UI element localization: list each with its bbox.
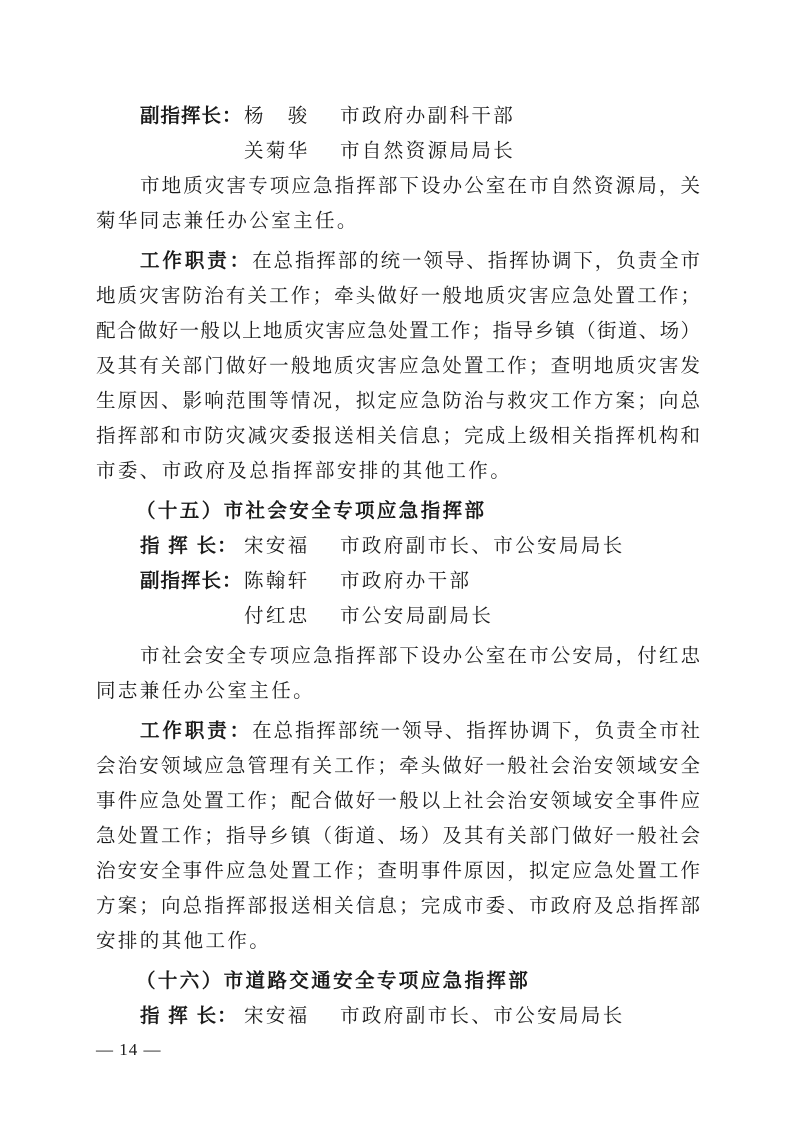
duty-line: 市委、市政府及总指挥部安排的其他工作。 bbox=[96, 453, 512, 488]
duty-line: 地质灾害防治有关工作；牵头做好一般地质灾害应急处置工作； bbox=[96, 278, 700, 313]
person-title: 市公安局副局长 bbox=[340, 604, 493, 627]
duty-label: 工作职责： bbox=[140, 719, 252, 742]
page-number: — 14 — bbox=[96, 1040, 162, 1060]
duty-line: 工作职责：在总指挥部统一领导、指挥协调下，负责全市社 bbox=[96, 713, 700, 748]
commander-row: 指 挥 长：宋安福市政府副市长、市公安局局长 bbox=[140, 528, 625, 563]
duty-text: 在总指挥部统一领导、指挥协调下，负责全市社 bbox=[252, 719, 700, 742]
office-line: 同志兼任办公室主任。 bbox=[96, 673, 315, 708]
duty-line: 工作职责：在总指挥部的统一领导、指挥协调下，负责全市 bbox=[96, 243, 700, 278]
section-heading: （十六）市道路交通安全专项应急指挥部 bbox=[136, 963, 530, 998]
commander-label: 指 挥 长： bbox=[140, 998, 244, 1033]
deputy-row: 副指挥长：杨 骏市政府办副科干部 bbox=[140, 98, 515, 133]
deputy-row: 副指挥长：陈翰轩市政府办干部 bbox=[140, 563, 471, 598]
person-title: 市政府副市长、市公安局局长 bbox=[340, 1004, 625, 1027]
duty-line: 治安安全事件应急处置工作；查明事件原因，拟定应急处置工作 bbox=[96, 853, 700, 888]
person-name: 宋安福 bbox=[244, 998, 340, 1033]
person-title: 市政府办干部 bbox=[340, 569, 471, 592]
office-line: 市社会安全专项应急指挥部下设办公室在市公安局，付红忠 bbox=[96, 638, 700, 673]
duty-line: 指挥部和市防灾减灾委报送相关信息；完成上级相关指挥机构和 bbox=[96, 418, 700, 453]
deputy-row: 关菊华市自然资源局局长 bbox=[244, 133, 515, 168]
person-title: 市政府副市长、市公安局局长 bbox=[340, 534, 625, 557]
person-name: 宋安福 bbox=[244, 528, 340, 563]
person-title: 市自然资源局局长 bbox=[340, 139, 515, 162]
duty-label: 工作职责： bbox=[140, 249, 252, 272]
duty-line: 安排的其他工作。 bbox=[96, 923, 271, 958]
deputy-label: 副指挥长： bbox=[140, 98, 244, 133]
duty-line: 及其有关部门做好一般地质灾害应急处置工作；查明地质灾害发 bbox=[96, 348, 700, 383]
office-line: 市地质灾害专项应急指挥部下设办公室在市自然资源局，关 bbox=[96, 168, 700, 203]
duty-line: 会治安领域应急管理有关工作；牵头做好一般社会治安领域安全 bbox=[96, 748, 700, 783]
commander-label: 指 挥 长： bbox=[140, 528, 244, 563]
duty-text: 在总指挥部的统一领导、指挥协调下，负责全市 bbox=[252, 249, 700, 272]
person-title: 市政府办副科干部 bbox=[340, 104, 515, 127]
person-name: 陈翰轩 bbox=[244, 563, 340, 598]
deputy-label: 副指挥长： bbox=[140, 563, 244, 598]
duty-line: 急处置工作；指导乡镇（街道、场）及其有关部门做好一般社会 bbox=[96, 818, 700, 853]
duty-line: 事件应急处置工作；配合做好一般以上社会治安领域安全事件应 bbox=[96, 783, 700, 818]
office-line: 菊华同志兼任办公室主任。 bbox=[96, 203, 359, 238]
commander-row: 指 挥 长：宋安福市政府副市长、市公安局局长 bbox=[140, 998, 625, 1033]
duty-line: 生原因、影响范围等情况，拟定应急防治与救灾工作方案；向总 bbox=[96, 383, 700, 418]
duty-line: 方案；向总指挥部报送相关信息；完成市委、市政府及总指挥部 bbox=[96, 888, 700, 923]
person-name: 关菊华 bbox=[244, 133, 340, 168]
deputy-row: 付红忠市公安局副局长 bbox=[244, 598, 493, 633]
duty-line: 配合做好一般以上地质灾害应急处置工作；指导乡镇（街道、场） bbox=[96, 313, 700, 348]
person-name: 杨 骏 bbox=[244, 98, 340, 133]
person-name: 付红忠 bbox=[244, 598, 340, 633]
section-heading: （十五）市社会安全专项应急指挥部 bbox=[136, 493, 486, 528]
